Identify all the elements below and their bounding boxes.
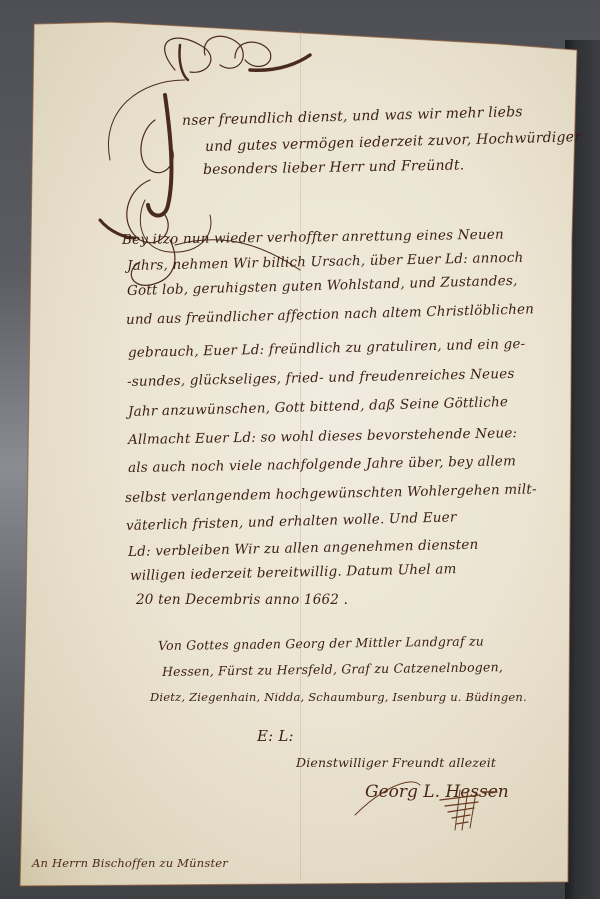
address-endorsement: An Herrn Bischoffen zu Münster [32,856,228,870]
signature-flourish-icon [0,0,600,899]
